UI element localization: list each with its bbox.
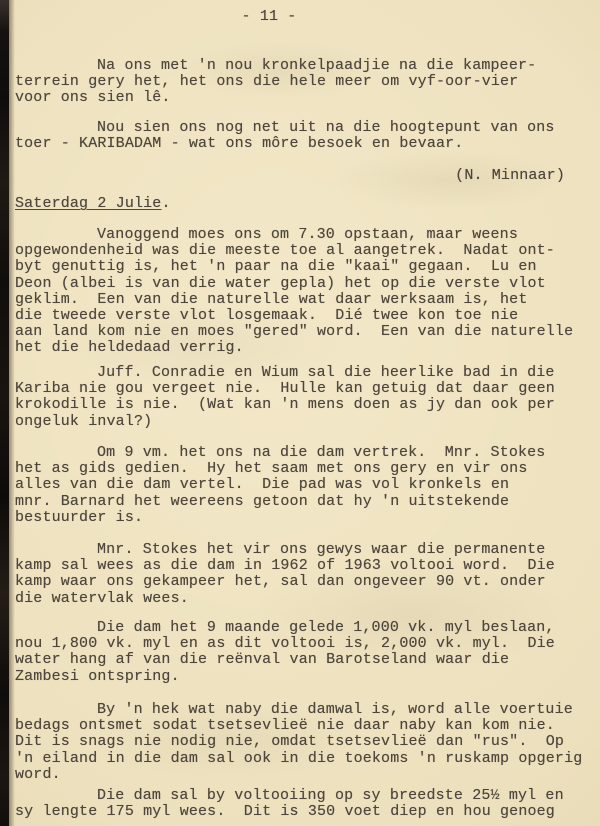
- document-body: (N. Minnaar) Saterdag 2 Julie. Na ons me…: [15, 0, 587, 826]
- text-line: Zambesi ontspring.: [15, 669, 587, 685]
- paragraph: Nou sien ons nog net uit na die hoogtepu…: [15, 120, 587, 152]
- text-line: Na ons met 'n nou kronkelpaadjie na die …: [15, 58, 587, 74]
- text-line: voor ons sien lê.: [15, 90, 587, 106]
- text-line: kamp waar ons gekampeer het, sal dan ong…: [15, 574, 587, 590]
- section-heading-period: .: [161, 195, 170, 212]
- text-line: 'n eiland in die dam sal ook in die toek…: [15, 751, 587, 767]
- attribution: (N. Minnaar): [15, 168, 587, 184]
- text-line: toer - KARIBADAM - wat ons môre besoek e…: [15, 136, 587, 152]
- text-line: sy lengte 175 myl wees. Dit is 350 voet …: [15, 804, 587, 820]
- text-line: kamp sal wees as die dam in 1962 of 1963…: [15, 558, 587, 574]
- paragraph: By 'n hek wat naby die damwal is, word a…: [15, 702, 587, 783]
- paragraph: Om 9 vm. het ons na die dam vertrek. Mnr…: [15, 445, 587, 526]
- text-line: water hang af van die reënval van Barots…: [15, 652, 587, 668]
- text-line: Die dam het 9 maande gelede 1,000 vk. my…: [15, 620, 587, 636]
- text-line: Kariba nie gou vergeet nie. Hulle kan ge…: [15, 381, 587, 397]
- text-line: krokodille is nie. (Wat kan 'n mens doen…: [15, 397, 587, 413]
- paragraph: Juff. Conradie en Wium sal die heerlike …: [15, 365, 587, 430]
- text-line: bedags ontsmet sodat tsetsevlieë nie daa…: [15, 718, 587, 734]
- binding-edge: [0, 0, 9, 826]
- text-line: die watervlak wees.: [15, 591, 587, 607]
- text-line: het die heldedaad verrig.: [15, 340, 587, 356]
- text-line: opgewondenheid was die meeste toe al aan…: [15, 243, 587, 259]
- text-line: By 'n hek wat naby die damwal is, word a…: [15, 702, 587, 718]
- text-line: Juff. Conradie en Wium sal die heerlike …: [15, 365, 587, 381]
- paragraph: Vanoggend moes ons om 7.30 opstaan, maar…: [15, 227, 587, 357]
- text-line: mnr. Barnard het weereens getoon dat hy …: [15, 494, 587, 510]
- text-line: Nou sien ons nog net uit na die hoogtepu…: [15, 120, 587, 136]
- text-line: Om 9 vm. het ons na die dam vertrek. Mnr…: [15, 445, 587, 461]
- section-heading: Saterdag 2 Julie.: [15, 196, 171, 212]
- text-line: alles van die dam vertel. Die pad was vo…: [15, 477, 587, 493]
- text-line: Die dam sal by voltooiing op sy breedste…: [15, 788, 587, 804]
- text-line: byt genuttig is, het 'n paar na die "kaa…: [15, 259, 587, 275]
- text-line: Vanoggend moes ons om 7.30 opstaan, maar…: [15, 227, 587, 243]
- text-line: aan land kom nie en moes "gered" word. E…: [15, 324, 587, 340]
- text-line: word.: [15, 767, 587, 783]
- text-line: het as gids gedien. Hy het saam met ons …: [15, 461, 587, 477]
- text-line: Dit is snags nie nodig nie, omdat tsetse…: [15, 734, 587, 750]
- section-heading-text: Saterdag 2 Julie: [15, 195, 161, 212]
- text-line: Mnr. Stokes het vir ons gewys waar die p…: [15, 542, 587, 558]
- text-line: ongeluk inval?): [15, 414, 587, 430]
- paragraph: Na ons met 'n nou kronkelpaadjie na die …: [15, 58, 587, 107]
- text-line: die tweede verste vlot losgemaak. Dié tw…: [15, 308, 587, 324]
- text-line: terrein gery het, het ons die hele meer …: [15, 74, 587, 90]
- text-line: bestuurder is.: [15, 510, 587, 526]
- paragraph: Die dam het 9 maande gelede 1,000 vk. my…: [15, 620, 587, 685]
- text-line: geklim. Een van die naturelle wat daar w…: [15, 292, 587, 308]
- paragraph: Die dam sal by voltooiing op sy breedste…: [15, 788, 587, 820]
- scanned-page: - 11 - (N. Minnaar) Saterdag 2 Julie. Na…: [0, 0, 600, 826]
- paragraph: Mnr. Stokes het vir ons gewys waar die p…: [15, 542, 587, 607]
- text-line: Deon (albei is van die water gepla) het …: [15, 276, 587, 292]
- text-line: nou 1,800 vk. myl en as dit voltooi is, …: [15, 636, 587, 652]
